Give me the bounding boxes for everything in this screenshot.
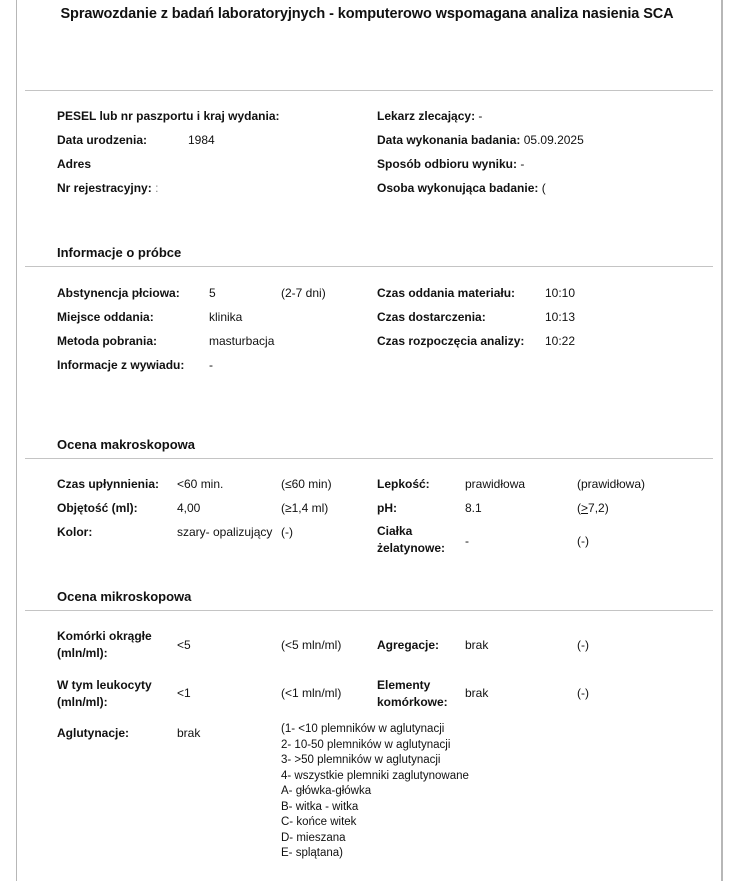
- round-cells-label: Komórki okrągłe (mln/ml):: [57, 628, 167, 662]
- interview-value: -: [209, 357, 213, 373]
- cell-elements-value: brak: [465, 685, 488, 701]
- aggregation-label: Agregacje:: [377, 637, 439, 653]
- abstinence-value: 5: [209, 285, 216, 301]
- cell-elements-label: Elementy komórkowe:: [377, 677, 457, 711]
- leukocytes-ref: (<1 mln/ml): [281, 685, 341, 701]
- ph-ref: (>7,2): [577, 500, 609, 516]
- pickup-value: -: [520, 157, 524, 171]
- agglutination-value: brak: [177, 725, 200, 741]
- macro-divider: [25, 458, 713, 459]
- birth-value: 1984: [188, 132, 215, 148]
- doctor-label: Lekarz zlecający:: [377, 109, 475, 123]
- reg-label: Nr rejestracyjny: :: [57, 180, 158, 196]
- gel-bodies-ref: (-): [577, 533, 589, 549]
- cell-elements-ref: (-): [577, 685, 589, 701]
- round-cells-ref: (<5 mln/ml): [281, 637, 341, 653]
- submit-time-value: 10:10: [545, 285, 575, 301]
- legend-line: A- główka-główka: [281, 784, 469, 800]
- viscosity-ref: (prawidłowa): [577, 476, 645, 492]
- legend-line: 4- wszystkie plemniki zaglutynowane: [281, 769, 469, 785]
- leukocytes-value: <1: [177, 685, 191, 701]
- color-value: szary- opalizujący: [177, 524, 272, 540]
- aggregation-ref: (-): [577, 637, 589, 653]
- report-title: Sprawozdanie z badań laboratoryjnych - k…: [0, 6, 734, 22]
- micro-divider: [25, 610, 713, 611]
- pickup-row: Sposób odbioru wyniku: -: [377, 156, 524, 172]
- pesel-label: PESEL lub nr paszportu i kraj wydania:: [57, 108, 280, 124]
- submit-time-label: Czas oddania materiału:: [377, 285, 515, 301]
- pickup-label: Sposób odbioru wyniku:: [377, 157, 517, 171]
- liquefaction-label: Czas upłynnienia:: [57, 476, 159, 492]
- viscosity-value: prawidłowa: [465, 476, 525, 492]
- doctor-row: Lekarz zlecający: -: [377, 108, 482, 124]
- ph-value: 8.1: [465, 500, 482, 516]
- exam-date-value: 05.09.2025: [524, 133, 584, 147]
- color-label: Kolor:: [57, 524, 92, 540]
- legend-line: 3- >50 plemników w aglutynacji: [281, 753, 469, 769]
- sample-divider: [25, 266, 713, 267]
- header-divider: [25, 90, 713, 91]
- place-value: klinika: [209, 309, 242, 325]
- method-label: Metoda pobrania:: [57, 333, 157, 349]
- legend-line: D- mieszana: [281, 831, 469, 847]
- place-label: Miejsce oddania:: [57, 309, 154, 325]
- legend-line: C- końce witek: [281, 815, 469, 831]
- exam-date-row: Data wykonania badania: 05.09.2025: [377, 132, 584, 148]
- ph-ref-suffix: 7,2): [588, 501, 609, 515]
- legend-line: B- witka - witka: [281, 800, 469, 816]
- doctor-value: -: [478, 109, 482, 123]
- round-cells-value: <5: [177, 637, 191, 653]
- legend-line: E- splątana): [281, 846, 469, 862]
- reg-value: :: [155, 181, 158, 195]
- color-ref: (-): [281, 524, 293, 540]
- interview-label: Informacje z wywiadu:: [57, 357, 184, 373]
- viscosity-label: Lepkość:: [377, 476, 430, 492]
- volume-ref: (≥1,4 ml): [281, 500, 328, 516]
- method-value: masturbacja: [209, 333, 274, 349]
- gel-bodies-label: Ciałka żelatynowe:: [377, 523, 457, 557]
- macro-section-title: Ocena makroskopowa: [57, 437, 195, 452]
- ph-label: pH:: [377, 500, 397, 516]
- abstinence-ref: (2-7 dni): [281, 285, 326, 301]
- legend-line: (1- <10 plemników w aglutynacji: [281, 722, 469, 738]
- address-label: Adres: [57, 156, 91, 172]
- aggregation-value: brak: [465, 637, 488, 653]
- delivery-time-value: 10:13: [545, 309, 575, 325]
- analysis-time-value: 10:22: [545, 333, 575, 349]
- agglutination-label: Aglutynacje:: [57, 725, 129, 741]
- leukocytes-label: W tym leukocyty (mln/ml):: [57, 677, 167, 711]
- sample-section-title: Informacje o próbce: [57, 245, 181, 260]
- volume-label: Objętość (ml):: [57, 500, 138, 516]
- liquefaction-value: <60 min.: [177, 476, 223, 492]
- liquefaction-ref: (≤60 min): [281, 476, 332, 492]
- gel-bodies-value: -: [465, 533, 469, 549]
- analysis-time-label: Czas rozpoczęcia analizy:: [377, 333, 524, 349]
- legend-line: 2- 10-50 plemników w aglutynacji: [281, 738, 469, 754]
- reg-label-text: Nr rejestracyjny:: [57, 181, 152, 195]
- performer-value: (: [542, 181, 546, 195]
- performer-label: Osoba wykonująca badanie:: [377, 181, 538, 195]
- agglutination-legend: (1- <10 plemników w aglutynacji2- 10-50 …: [281, 722, 469, 862]
- performer-row: Osoba wykonująca badanie: (: [377, 180, 546, 196]
- exam-date-label: Data wykonania badania:: [377, 133, 520, 147]
- ph-ref-symbol: >: [581, 501, 588, 515]
- micro-section-title: Ocena mikroskopowa: [57, 589, 191, 604]
- abstinence-label: Abstynencja płciowa:: [57, 285, 180, 301]
- birth-label: Data urodzenia:: [57, 132, 147, 148]
- delivery-time-label: Czas dostarczenia:: [377, 309, 486, 325]
- volume-value: 4,00: [177, 500, 200, 516]
